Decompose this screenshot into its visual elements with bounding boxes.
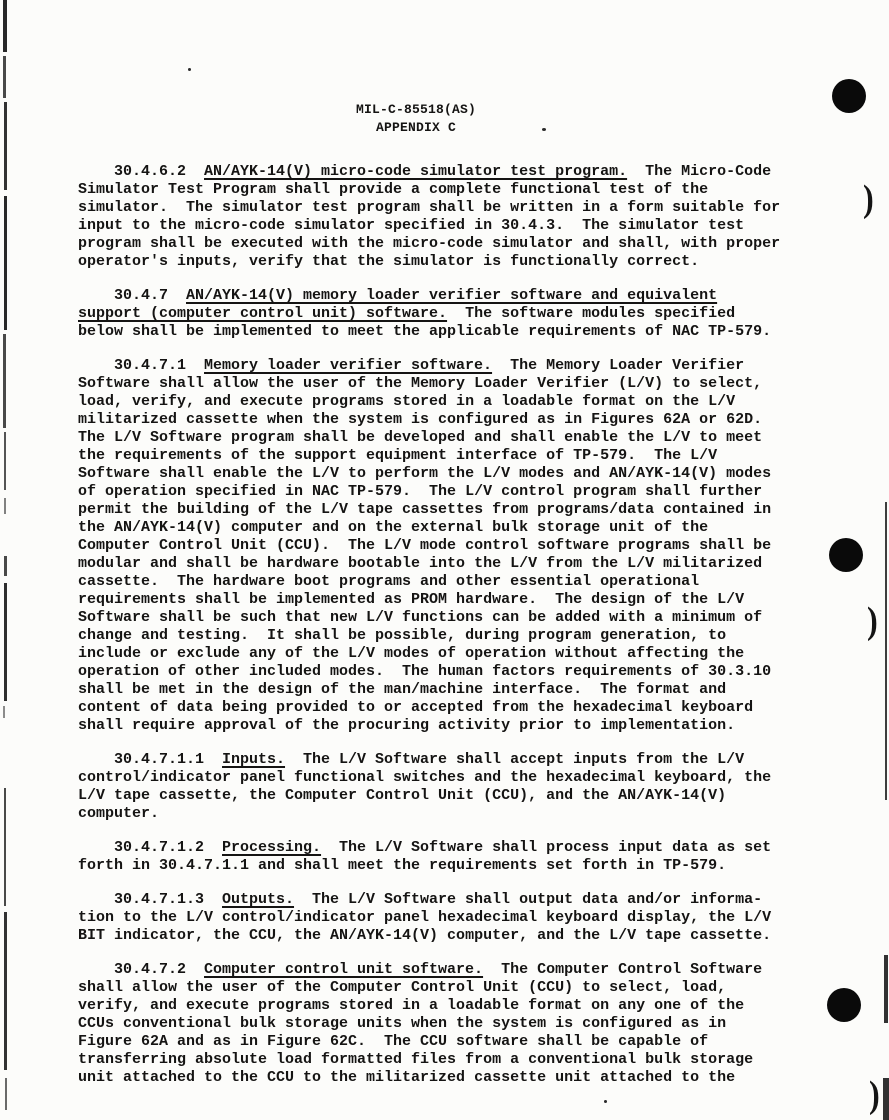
section-number: 30.4.7.1.3 [114, 891, 204, 908]
text-column: MIL-C-85518(AS) APPENDIX C 30.4.6.2AN/AY… [78, 101, 808, 1087]
scan-edge-segment [3, 56, 6, 98]
scan-edge-segment [4, 556, 7, 576]
section-30-4-7-1-2: 30.4.7.1.2Processing.The L/V Software sh… [78, 839, 808, 875]
scan-edge-segment [883, 1078, 889, 1120]
scan-edge-segment [5, 1078, 7, 1110]
section-30-4-7-1-3: 30.4.7.1.3Outputs.The L/V Software shall… [78, 891, 808, 945]
paren-mark: ) [863, 180, 874, 218]
scan-edge-segment [4, 788, 6, 906]
section-number: 30.4.7.2 [114, 961, 186, 978]
scan-edge-segment [3, 0, 7, 52]
section-number: 30.4.7 [114, 287, 168, 304]
section-title: Processing. [222, 839, 321, 856]
section-text: The Memory Loader Verifier Software shal… [78, 357, 771, 734]
scan-edge-segment [3, 334, 6, 428]
section-30-4-7-1: 30.4.7.1Memory loader verifier software.… [78, 357, 808, 735]
section-text: The Computer Control Software shall allo… [78, 961, 762, 1086]
paren-mark: ) [869, 1076, 880, 1114]
scanned-document-page: ) ) ) MIL-C-85518(AS) APPENDIX C 30.4.6.… [0, 0, 889, 1120]
section-title: Outputs. [222, 891, 294, 908]
section-title: AN/AYK-14(V) micro-code simulator test p… [204, 163, 627, 180]
scan-edge-segment [4, 583, 7, 701]
section-number: 30.4.7.1.2 [114, 839, 204, 856]
appendix-title: APPENDIX C [78, 119, 754, 137]
scan-edge-segment [4, 196, 7, 330]
scan-edge-segment [3, 706, 5, 718]
scan-speck [604, 1100, 607, 1103]
scan-edge-segment [4, 912, 7, 1070]
scan-edge-segment [4, 102, 7, 190]
scan-speck [188, 68, 191, 71]
section-30-4-7-2: 30.4.7.2Computer control unit software.T… [78, 961, 808, 1087]
paren-mark: ) [867, 602, 878, 640]
section-number: 30.4.7.1 [114, 357, 186, 374]
scan-edge-segment [4, 498, 6, 514]
scan-edge-segment [4, 432, 6, 490]
scan-edge-segment [885, 502, 887, 800]
section-30-4-6-2: 30.4.6.2AN/AYK-14(V) micro-code simulato… [78, 163, 808, 271]
scan-edge-segment [884, 955, 888, 1023]
punch-hole-dot [829, 538, 863, 572]
doc-number: MIL-C-85518(AS) [78, 101, 754, 119]
section-title: Computer control unit software. [204, 961, 483, 978]
section-30-4-7-1-1: 30.4.7.1.1Inputs.The L/V Software shall … [78, 751, 808, 823]
punch-hole-dot [827, 988, 861, 1022]
section-title: Inputs. [222, 751, 285, 768]
section-number: 30.4.6.2 [114, 163, 186, 180]
section-title: Memory loader verifier software. [204, 357, 492, 374]
punch-hole-dot [832, 79, 866, 113]
section-number: 30.4.7.1.1 [114, 751, 204, 768]
document-header: MIL-C-85518(AS) APPENDIX C [78, 101, 754, 137]
section-30-4-7: 30.4.7AN/AYK-14(V) memory loader verifie… [78, 287, 808, 341]
